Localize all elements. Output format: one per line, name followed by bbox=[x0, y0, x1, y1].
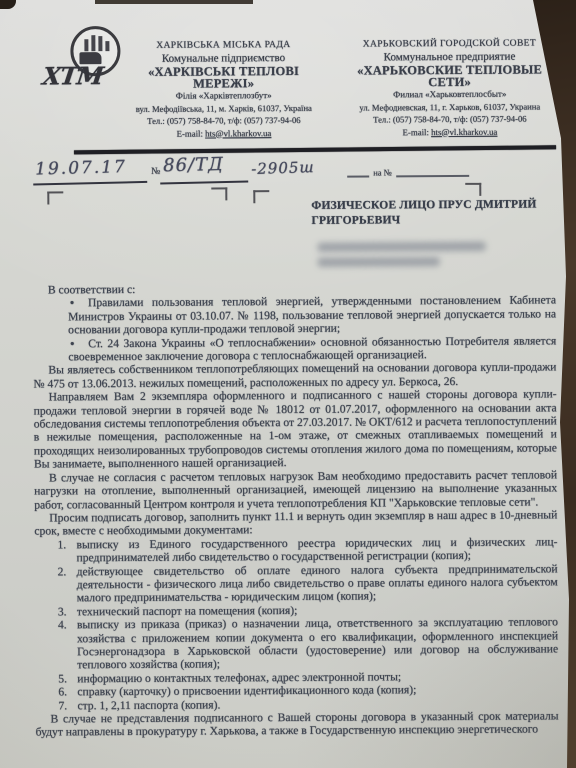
letterhead: ХАРКІВСЬКА МІСЬКА РАДА Комунальне підпри… bbox=[0, 38, 575, 141]
document-paper: ХТМ ХАРКІВСЬКА МІСЬКА РАДА Комунальне пі… bbox=[0, 0, 576, 768]
address-ru: ул. Мефодиевская, 11, г. Харьков, 61037,… bbox=[347, 101, 553, 114]
paragraph-contract-sent: Направляем Вам 2 экземпляра оформленного… bbox=[34, 388, 557, 472]
list-item: выписку из приказа (приказ) о назначении… bbox=[77, 616, 558, 673]
list-item: выписку из Единого государственного реес… bbox=[76, 535, 557, 565]
council-name-ua: ХАРКІВСЬКА МІСЬКА РАДА bbox=[116, 40, 330, 53]
handwritten-number-suffix: -2905ш bbox=[251, 158, 315, 178]
letterhead-ukrainian: ХАРКІВСЬКА МІСЬКА РАДА Комунальне підпри… bbox=[116, 40, 331, 140]
handwritten-date: 19.07.17 bbox=[35, 157, 127, 179]
email-ru: E-mail: hts@vl.kharkov.ua bbox=[347, 126, 553, 139]
letterhead-russian: ХАРЬКОВСКИЙ ГОРОДСКОЙ СОВЕТ Коммунальное… bbox=[346, 38, 553, 138]
paragraph-disagreement: В случае не согласия с расчетом тепловых… bbox=[34, 468, 557, 511]
closing-paragraph: В случае не представления подписанного с… bbox=[35, 709, 558, 739]
email-address-ru: hts@vl.kharkov.ua bbox=[431, 126, 497, 136]
branch-name-ru: Филиал «Харьковтеплосбыт» bbox=[347, 88, 553, 101]
required-documents-list: выписку из Единого государственного реес… bbox=[34, 535, 558, 712]
council-name-ru: ХАРЬКОВСКИЙ ГОРОДСКОЙ СОВЕТ bbox=[346, 38, 552, 51]
paragraph-sign-request: Просим подписать договор, заполнить пунк… bbox=[34, 508, 557, 538]
on-number-label: на № bbox=[373, 167, 392, 177]
recipient-name-line1: ФИЗИЧЕСКОЕ ЛИЦО ПРУС ДМИТРИЙ bbox=[311, 197, 547, 213]
paragraph-owner: Вы являетесь собственником теплопотребля… bbox=[33, 361, 556, 391]
legal-basis-list: Правилами пользования тепловой энергией,… bbox=[33, 294, 556, 364]
photo-edge-mark bbox=[95, 0, 253, 4]
list-item: Правилами пользования тепловой энергией,… bbox=[68, 294, 556, 337]
redacted-address-line1 bbox=[318, 242, 486, 252]
company-name-ru: «ХАРЬКОВСКИЕ ТЕПЛОВЫЕ СЕТИ» bbox=[347, 64, 553, 88]
divider-line bbox=[74, 145, 556, 154]
list-item: Ст. 24 Закона Украины «О теплоснабжении»… bbox=[68, 334, 556, 364]
photo-background: ХТМ ХАРКІВСЬКА МІСЬКА РАДА Комунальне пі… bbox=[0, 0, 576, 768]
letter-body: В соответствии с: Правилами пользования … bbox=[33, 280, 559, 739]
corner-mark-icon bbox=[465, 183, 481, 196]
branch-name-ua: Філія «Харківтеплозбут» bbox=[117, 90, 331, 103]
corner-mark-icon bbox=[253, 190, 269, 203]
number-underline bbox=[160, 180, 248, 184]
address-ua: вул. Мефодіївська, 11, м. Харків, 61037,… bbox=[117, 102, 331, 115]
handwritten-number: 86/ТД bbox=[163, 154, 224, 176]
phone-ua: Тел.: (057) 758-84-70, т/ф: (057) 737-94… bbox=[117, 115, 331, 128]
redacted-address-line2 bbox=[318, 257, 440, 267]
recipient-block: ФИЗИЧЕСКОЕ ЛИЦО ПРУС ДМИТРИЙ ГРИГОРЬЕВИЧ bbox=[311, 197, 547, 228]
email-label-ua: E-mail: bbox=[177, 128, 203, 138]
corner-mark-icon bbox=[47, 191, 63, 204]
list-item: действующее свидетельство об оплате един… bbox=[77, 562, 558, 605]
email-address-ua: hts@vl.kharkov.ua bbox=[205, 128, 271, 138]
number-sign-label: № bbox=[151, 167, 160, 177]
on-number-line-right bbox=[396, 175, 469, 177]
on-number-line-left bbox=[347, 176, 369, 178]
phone-ru: Тел.: (057) 758-84-70, т/ф: (057) 737-94… bbox=[347, 113, 553, 126]
letter-content: ХТМ ХАРКІВСЬКА МІСЬКА РАДА Комунальне пі… bbox=[0, 0, 576, 768]
email-label-ru: E-mail: bbox=[403, 127, 429, 137]
email-ua: E-mail: hts@vl.kharkov.ua bbox=[117, 127, 331, 140]
date-underline bbox=[33, 181, 147, 186]
recipient-name-line2: ГРИГОРЬЕВИЧ bbox=[311, 212, 547, 228]
corner-mark-icon bbox=[211, 187, 227, 200]
company-name-ua: «ХАРКІВСЬКІ ТЕПЛОВІ МЕРЕЖІ» bbox=[117, 66, 331, 90]
